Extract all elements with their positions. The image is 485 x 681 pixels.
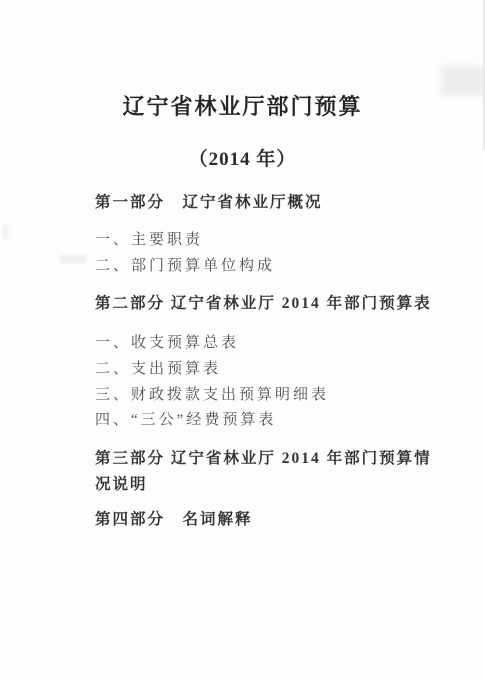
- toc-item-part2-2: 二、支出预算表: [95, 357, 221, 378]
- toc-item-part1-2: 二、部门预算单位构成: [95, 254, 275, 275]
- toc-item-part2-4: 四、“三公”经费预算表: [95, 408, 276, 429]
- section-heading-part3: 第三部分 辽宁省林业厅 2014 年部门预算情况说明: [95, 446, 433, 498]
- toc-item-part2-3: 三、财政拨款支出预算明细表: [95, 383, 329, 404]
- scanned-document-page: 辽宁省林业厅部门预算 （2014 年） 第一部分 辽宁省林业厅概况 一、主要职责…: [0, 0, 485, 681]
- toc-item-part1-1: 一、主要职责: [95, 228, 203, 249]
- section-heading-part2: 第二部分 辽宁省林业厅 2014 年部门预算表: [95, 291, 432, 313]
- scan-speck: [3, 225, 8, 239]
- scan-speck: [60, 255, 86, 263]
- toc-item-part2-1: 一、收支预算总表: [95, 331, 239, 352]
- document-title: 辽宁省林业厅部门预算: [0, 90, 485, 121]
- document-year: （2014 年）: [0, 144, 485, 171]
- section-heading-part4: 第四部分 名词解释: [95, 507, 253, 529]
- section-heading-part1: 第一部分 辽宁省林业厅概况: [95, 190, 323, 212]
